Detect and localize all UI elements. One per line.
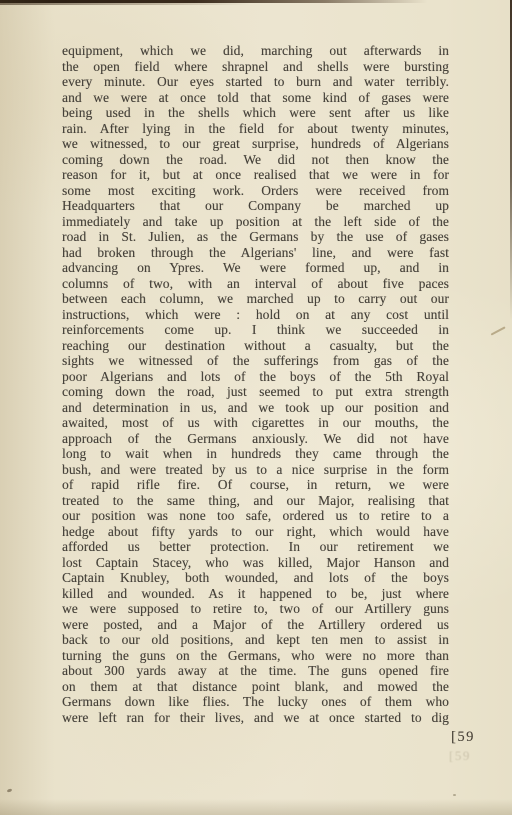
page-bottom-shade bbox=[0, 799, 512, 815]
page-text: equipment, which we did, marching out af… bbox=[62, 43, 449, 725]
text-line: turning the guns on the Germans, who wer… bbox=[62, 648, 449, 664]
text-line: being used in the shells which were sent… bbox=[62, 105, 449, 121]
text-line: were posted, and a Major of the Artiller… bbox=[62, 617, 449, 633]
text-line: road in St. Julien, as the Germans by th… bbox=[62, 229, 449, 245]
text-line: the open field where shrapnel and shells… bbox=[62, 59, 449, 75]
text-line: rain. After lying in the field for about… bbox=[62, 121, 449, 137]
text-line: and determination in us, and we took up … bbox=[62, 400, 449, 416]
text-line: hedge about fifty yards to our right, wh… bbox=[62, 524, 449, 540]
text-line: between each column, we marched up to ca… bbox=[62, 291, 449, 307]
scan-top-edge-fade bbox=[0, 3, 250, 5]
book-page-scan: equipment, which we did, marching out af… bbox=[0, 0, 512, 815]
text-line: coming down the road, just seemed to put… bbox=[62, 384, 449, 400]
paper-scratch bbox=[491, 326, 506, 335]
text-line: had broken through the Algerians' line, … bbox=[62, 245, 449, 261]
text-line: treated to the same thing, and our Major… bbox=[62, 493, 449, 509]
paper-speck bbox=[453, 794, 456, 796]
text-line: some most exciting work. Orders were rec… bbox=[62, 183, 449, 199]
text-line: we witnessed, to our great surprise, hun… bbox=[62, 136, 449, 152]
text-line: afforded us better protection. In our re… bbox=[62, 539, 449, 555]
page-gutter-shade bbox=[0, 0, 56, 815]
text-line: coming down the road. We did not then kn… bbox=[62, 152, 449, 168]
text-line: advancing on Ypres. We were formed up, a… bbox=[62, 260, 449, 276]
text-line: were left ran for their lives, and we at… bbox=[62, 710, 449, 726]
text-line: instructions, which were : hold on at an… bbox=[62, 307, 449, 323]
text-line: awaited, most of us with cigarettes in o… bbox=[62, 415, 449, 431]
text-line: every minute. Our eyes started to burn a… bbox=[62, 74, 449, 90]
text-line: reaching our destination without a casua… bbox=[62, 338, 449, 354]
text-line: columns of two, with an interval of abou… bbox=[62, 276, 449, 292]
text-line: Germans down like flies. The lucky ones … bbox=[62, 694, 449, 710]
text-line: sights we witnessed of the sufferings fr… bbox=[62, 353, 449, 369]
text-line: equipment, which we did, marching out af… bbox=[62, 43, 449, 59]
text-line: back to our old positions, and kept ten … bbox=[62, 632, 449, 648]
text-line: and we were at once told that some kind … bbox=[62, 90, 449, 106]
page-number: [59 bbox=[451, 729, 475, 746]
text-line: Captain Knubley, both wounded, and lots … bbox=[62, 570, 449, 586]
text-line: our position was none too safe, ordered … bbox=[62, 508, 449, 524]
paper-speck bbox=[7, 788, 13, 793]
text-line: long to wait when in hundreds they came … bbox=[62, 446, 449, 462]
text-line: immediately and take up position at the … bbox=[62, 214, 449, 230]
text-line: on them at that distance point blank, an… bbox=[62, 679, 449, 695]
text-line: reason for it, but at once realised that… bbox=[62, 167, 449, 183]
text-line: approach of the Germans anxiously. We di… bbox=[62, 431, 449, 447]
text-line: we were supposed to retire to, two of ou… bbox=[62, 601, 449, 617]
text-line: of rapid rifle fire. Of course, in retur… bbox=[62, 477, 449, 493]
text-line: bush, and were treated by us to a nice s… bbox=[62, 462, 449, 478]
text-line: killed and wounded. As it happened to be… bbox=[62, 586, 449, 602]
text-line: Headquarters that our Company be marched… bbox=[62, 198, 449, 214]
text-line: lost Captain Stacey, who was killed, Maj… bbox=[62, 555, 449, 571]
page-number-ghost: [59 bbox=[449, 748, 471, 764]
text-line: about 300 yards away at the time. The gu… bbox=[62, 663, 449, 679]
text-line: poor Algerians and lots of the boys of t… bbox=[62, 369, 449, 385]
text-line: reinforcements come up. I think we succe… bbox=[62, 322, 449, 338]
